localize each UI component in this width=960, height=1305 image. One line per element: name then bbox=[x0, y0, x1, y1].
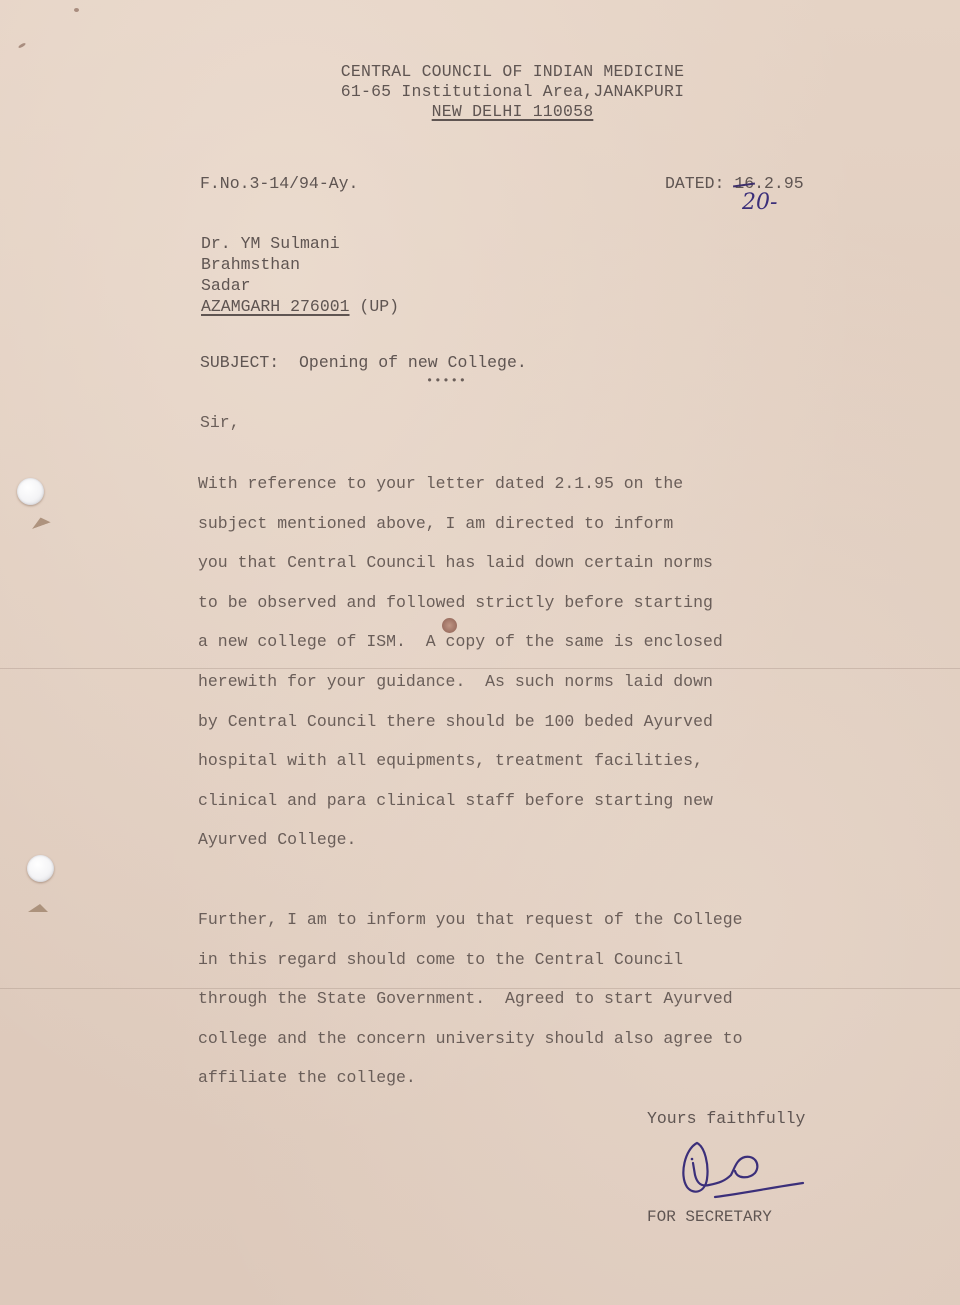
body-line: to be observed and followed strictly bef… bbox=[198, 583, 723, 623]
org-city: NEW DELHI 110058 bbox=[432, 102, 594, 121]
body-paragraph-2: Further, I am to inform you that request… bbox=[198, 900, 743, 1098]
date-line: DATED: 16.2.95 bbox=[665, 174, 804, 193]
recipient-line-3: Sadar bbox=[201, 275, 399, 296]
body-line: by Central Council there should be 100 b… bbox=[198, 702, 723, 742]
ink-stamp-dot bbox=[442, 618, 457, 633]
body-line: Further, I am to inform you that request… bbox=[198, 900, 743, 940]
valediction: Yours faithfully bbox=[647, 1109, 805, 1128]
body-line: With reference to your letter dated 2.1.… bbox=[198, 464, 723, 504]
punch-hole-top bbox=[17, 478, 44, 505]
body-line: hospital with all equipments, treatment … bbox=[198, 741, 723, 781]
subject-separator: ••••• bbox=[426, 374, 467, 388]
body-line: a new college of ISM. A copy of the same… bbox=[198, 622, 723, 662]
dated-label: DATED: bbox=[665, 174, 734, 193]
subject-line: SUBJECT: Opening of new College. bbox=[200, 353, 527, 372]
body-line: clinical and para clinical staff before … bbox=[198, 781, 723, 821]
paper-speck bbox=[74, 8, 79, 12]
letter-page: CENTRAL COUNCIL OF INDIAN MEDICINE 61-65… bbox=[0, 0, 960, 1305]
recipient-city: AZAMGARH 276001 bbox=[201, 297, 350, 316]
body-line: affiliate the college. bbox=[198, 1058, 743, 1098]
signature-icon bbox=[675, 1135, 815, 1215]
body-line: you that Central Council has laid down c… bbox=[198, 543, 723, 583]
org-name: CENTRAL COUNCIL OF INDIAN MEDICINE bbox=[290, 62, 735, 82]
letterhead: CENTRAL COUNCIL OF INDIAN MEDICINE 61-65… bbox=[290, 62, 735, 122]
body-line: through the State Government. Agreed to … bbox=[198, 979, 743, 1019]
recipient-address: Dr. YM Sulmani Brahmsthan Sadar AZAMGARH… bbox=[201, 233, 399, 317]
paper-speck bbox=[18, 42, 26, 49]
handwritten-date-correction: 20- bbox=[742, 190, 777, 215]
salutation: Sir, bbox=[200, 413, 240, 432]
paper-tear-mark bbox=[28, 904, 48, 912]
recipient-line-2: Brahmsthan bbox=[201, 254, 399, 275]
punch-hole-bottom bbox=[27, 855, 54, 882]
file-number: F.No.3-14/94-Ay. bbox=[200, 174, 358, 193]
recipient-state: (UP) bbox=[350, 297, 400, 316]
body-line: subject mentioned above, I am directed t… bbox=[198, 504, 723, 544]
body-line: college and the concern university shoul… bbox=[198, 1019, 743, 1059]
body-line: Ayurved College. bbox=[198, 820, 723, 860]
org-address: 61-65 Institutional Area,JANAKPURI bbox=[290, 82, 735, 102]
body-line: herewith for your guidance. As such norm… bbox=[198, 662, 723, 702]
paper-tear-mark bbox=[29, 515, 51, 529]
signatory-title: FOR SECRETARY bbox=[647, 1208, 772, 1226]
body-line: in this regard should come to the Centra… bbox=[198, 940, 743, 980]
body-paragraph-1: With reference to your letter dated 2.1.… bbox=[198, 464, 723, 860]
recipient-name: Dr. YM Sulmani bbox=[201, 233, 399, 254]
